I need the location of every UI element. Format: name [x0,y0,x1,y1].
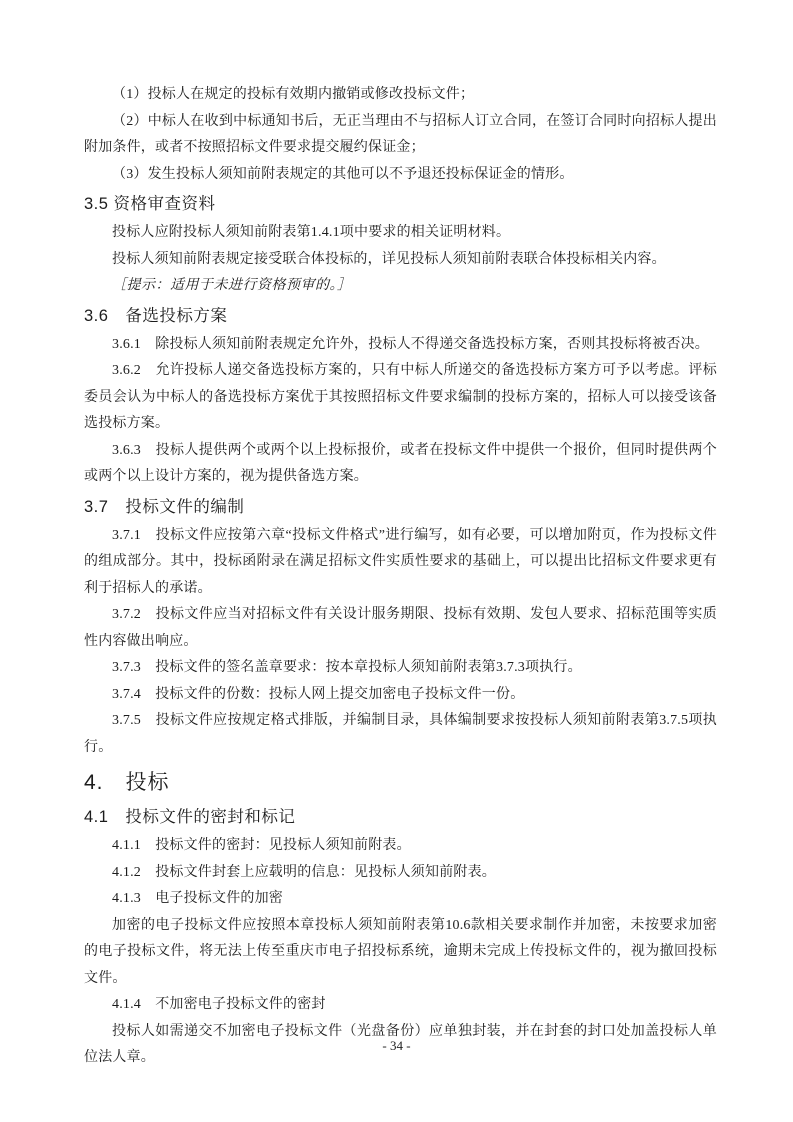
para-3-7-1: 3.7.1 投标文件应按第六章“投标文件格式”进行编写，如有必要，可以增加附页，… [84,523,717,603]
heading-4-bidding: 4. 投标 [84,766,717,800]
para-3-6-2: 3.6.2 允许投标人递交备选投标方案的，只有中标人所递交的备选投标方案方可予以… [84,358,717,438]
document-page: （1）投标人在规定的投标有效期内撤销或修改投标文件； （2）中标人在收到中标通知… [0,0,793,1122]
para-4-1-2: 4.1.2 投标文件封套上应载明的信息：见投标人须知前附表。 [84,860,717,887]
para-3-6-1: 3.6.1 除投标人须知前附表规定允许外，投标人不得递交备选投标方案，否则其投标… [84,332,717,359]
para-4-1-4-subheading: 4.1.4 不加密电子投标文件的密封 [84,992,717,1019]
heading-4-1-sealing-marking: 4.1 投标文件的密封和标记 [84,803,717,831]
page-number: - 34 - [0,1038,793,1054]
heading-3-6-alternative-bids: 3.6 备选投标方案 [84,302,717,330]
heading-3-5-qualification: 3.5 资格审查资料 [84,190,717,218]
para-consortium-bidding: 投标人须知前附表规定接受联合体投标的，详见投标人须知前附表联合体投标相关内容。 [84,247,717,274]
para-3-7-2: 3.7.2 投标文件应当对招标文件有关设计服务期限、投标有效期、发包人要求、招标… [84,602,717,655]
para-4-1-3-subheading: 4.1.3 电子投标文件的加密 [84,886,717,913]
heading-3-7-bid-preparation: 3.7 投标文件的编制 [84,493,717,521]
para-3-6-3: 3.6.3 投标人提供两个或两个以上投标报价，或者在投标文件中提供一个报价，但同… [84,438,717,491]
clause-item-1: （1）投标人在规定的投标有效期内撤销或修改投标文件； [84,82,717,109]
para-qualification-materials: 投标人应附投标人须知前附表第1.4.1项中要求的相关证明材料。 [84,220,717,247]
clause-item-2: （2）中标人在收到中标通知书后，无正当理由不与招标人订立合同，在签订合同时向招标… [84,109,717,162]
para-3-7-4: 3.7.4 投标文件的份数：投标人网上提交加密电子投标文件一份。 [84,682,717,709]
para-encryption-requirement: 加密的电子投标文件应按照本章投标人须知前附表第10.6款相关要求制作并加密，未按… [84,913,717,993]
document-body: （1）投标人在规定的投标有效期内撤销或修改投标文件； （2）中标人在收到中标通知… [84,82,717,1072]
para-4-1-1: 4.1.1 投标文件的密封：见投标人须知前附表。 [84,833,717,860]
para-3-7-5: 3.7.5 投标文件应按规定格式排版，并编制目录，具体编制要求按投标人须知前附表… [84,708,717,761]
hint-note: ［提示：适用于未进行资格预审的。］ [84,273,717,300]
para-3-7-3: 3.7.3 投标文件的签名盖章要求：按本章投标人须知前附表第3.7.3项执行。 [84,655,717,682]
clause-item-3: （3）发生投标人须知前附表规定的其他可以不予退还投标保证金的情形。 [84,162,717,189]
